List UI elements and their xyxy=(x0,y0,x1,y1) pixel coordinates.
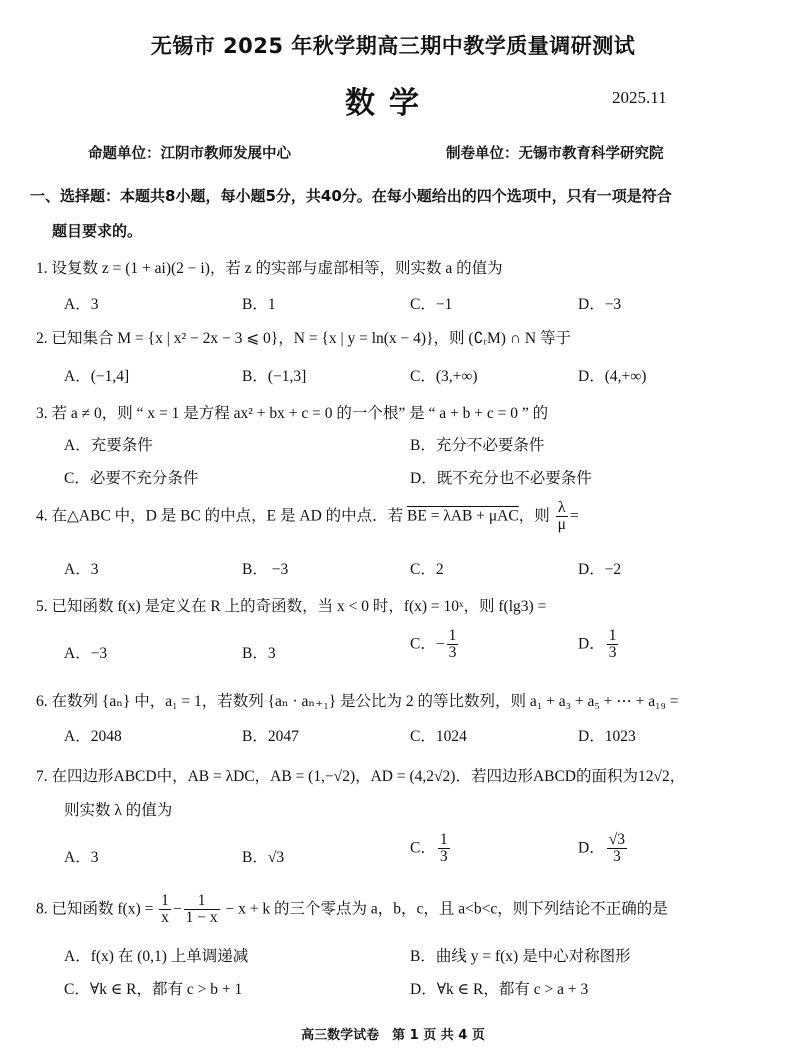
option-label: C． xyxy=(410,635,436,652)
question-stem: 已知集合 M = {x | x² − 2x − 3 ⩽ 0}，N = {x | … xyxy=(52,330,571,347)
q7-option-b[interactable]: B．√3 xyxy=(242,845,284,867)
setter-unit: 命题单位：江阴市教师发展中心 xyxy=(88,142,291,163)
numerator: √3 xyxy=(607,832,627,849)
question-stem-end: − x + k 的三个零点为 a，b，c，且 a<b<c，则下列结论不正确的是 xyxy=(225,900,667,917)
question-stem: 若 a ≠ 0，则 “ x = 1 是方程 ax² + bx + c = 0 的… xyxy=(52,405,549,422)
q8-option-d[interactable]: D．∀k ∈ R，都有 c > a + 3 xyxy=(410,977,588,999)
q4-option-a[interactable]: A．3 xyxy=(64,557,98,579)
option-label: D． xyxy=(578,635,605,652)
question-7: 7. 在四边形ABCD中，AB = λDC，AB = (1,−√2)，AD = … xyxy=(36,764,685,786)
question-5: 5. 已知函数 f(x) 是定义在 R 上的奇函数，当 x < 0 时，f(x)… xyxy=(36,594,546,616)
question-number: 6. xyxy=(36,693,48,710)
q6-option-b[interactable]: B．2047 xyxy=(242,724,299,746)
fraction: 13 xyxy=(438,832,450,866)
numerator: 1 xyxy=(184,893,220,910)
question-7-cont: 则实数 λ 的值为 xyxy=(64,798,172,820)
q5-option-b[interactable]: B．3 xyxy=(242,641,276,663)
option-label: C． xyxy=(410,839,436,856)
question-number: 3. xyxy=(36,405,48,422)
denominator: 1 − x xyxy=(184,910,220,926)
minus-sign: − xyxy=(436,635,445,652)
question-1: 1. 设复数 z = (1 + ai)(2 − i)，若 z 的实部与虚部相等，… xyxy=(36,256,503,278)
numerator: 1 xyxy=(607,628,619,645)
denominator: 3 xyxy=(607,645,619,661)
q8-option-b[interactable]: B．曲线 y = f(x) 是中心对称图形 xyxy=(410,944,631,966)
question-stem: 设复数 z = (1 + ai)(2 − i)，若 z 的实部与虚部相等，则实数… xyxy=(52,260,503,277)
vector-equation: BE = λAB + μAC xyxy=(407,507,519,524)
option-label: D． xyxy=(578,839,605,856)
question-number: 4. xyxy=(36,507,48,524)
question-number: 5. xyxy=(36,598,48,615)
q8-option-c[interactable]: C．∀k ∈ R，都有 c > b + 1 xyxy=(64,977,242,999)
q5-option-c[interactable]: C．−13 xyxy=(410,628,460,662)
question-number: 2. xyxy=(36,330,48,347)
question-stem-end: ，则 xyxy=(519,507,550,524)
q5-option-a[interactable]: A．−3 xyxy=(64,641,107,663)
q2-option-d[interactable]: D．(4,+∞) xyxy=(578,364,646,386)
exam-title: 无锡市 2025 年秋学期高三期中教学质量调研测试 xyxy=(0,30,786,60)
exam-date: 2025.11 xyxy=(612,88,667,108)
q3-option-d[interactable]: D．既不充分也不必要条件 xyxy=(410,466,592,488)
section-heading: 一、选择题：本题共8小题，每小题5分，共40分。在每小题给出的四个选项中，只有一… xyxy=(30,185,672,206)
denominator: μ xyxy=(556,517,568,533)
question-stem: 在四边形ABCD中，AB = λDC，AB = (1,−√2)，AD = (4,… xyxy=(52,768,686,785)
denominator: 3 xyxy=(447,645,459,661)
q1-option-b[interactable]: B．1 xyxy=(242,292,276,314)
q3-option-c[interactable]: C．必要不充分条件 xyxy=(64,466,198,488)
question-number: 7. xyxy=(36,768,48,785)
question-stem: 已知函数 f(x) = xyxy=(52,900,154,917)
page-footer: 高三数学试卷 第 1 页 共 4 页 xyxy=(0,1024,786,1043)
question-8: 8. 已知函数 f(x) = 1x−11 − x − x + k 的三个零点为 … xyxy=(36,893,668,927)
q2-option-b[interactable]: B．(−1,3] xyxy=(242,364,306,386)
q6-option-c[interactable]: C．1024 xyxy=(410,724,467,746)
question-2: 2. 已知集合 M = {x | x² − 2x − 3 ⩽ 0}，N = {x… xyxy=(36,326,571,348)
question-3: 3. 若 a ≠ 0，则 “ x = 1 是方程 ax² + bx + c = … xyxy=(36,401,548,423)
question-6: 6. 在数列 {aₙ} 中，a₁ = 1，若数列 {aₙ · aₙ₊₁} 是公比… xyxy=(36,689,679,711)
q3-option-b[interactable]: B．充分不必要条件 xyxy=(410,433,544,455)
q7-option-a[interactable]: A．3 xyxy=(64,845,98,867)
subject-title: 数学 xyxy=(345,78,433,122)
q2-option-c[interactable]: C．(3,+∞) xyxy=(410,364,478,386)
printer-unit: 制卷单位：无锡市教育科学研究院 xyxy=(446,142,664,163)
question-number: 8. xyxy=(36,900,48,917)
fraction: 13 xyxy=(447,628,459,662)
denominator: 3 xyxy=(438,849,450,865)
q4-option-c[interactable]: C．2 xyxy=(410,557,444,579)
q1-option-a[interactable]: A．3 xyxy=(64,292,98,314)
q6-option-d[interactable]: D．1023 xyxy=(578,724,636,746)
fraction-1-over-x: 1x xyxy=(159,893,171,927)
q1-option-c[interactable]: C．−1 xyxy=(410,292,452,314)
fraction: √33 xyxy=(607,832,627,866)
numerator: 1 xyxy=(159,893,171,910)
q8-option-a[interactable]: A．f(x) 在 (0,1) 上单调递减 xyxy=(64,944,248,966)
q1-option-d[interactable]: D．−3 xyxy=(578,292,621,314)
numerator: λ xyxy=(556,500,568,517)
numerator: 1 xyxy=(438,832,450,849)
question-4: 4. 在△ABC 中，D 是 BC 的中点，E 是 AD 的中点．若 BE = … xyxy=(36,500,579,534)
q4-option-d[interactable]: D．−2 xyxy=(578,557,621,579)
numerator: 1 xyxy=(447,628,459,645)
fraction-1-over-1-minus-x: 11 − x xyxy=(184,893,220,927)
denominator: 3 xyxy=(607,849,627,865)
question-stem: 在数列 {aₙ} 中，a₁ = 1，若数列 {aₙ · aₙ₊₁} 是公比为 2… xyxy=(52,693,679,710)
denominator: x xyxy=(159,910,171,926)
q5-option-d[interactable]: D．13 xyxy=(578,628,620,662)
fraction: 13 xyxy=(607,628,619,662)
q7-option-d[interactable]: D．√33 xyxy=(578,832,629,866)
fraction-lambda-mu: λμ xyxy=(556,500,568,534)
q6-option-a[interactable]: A．2048 xyxy=(64,724,122,746)
q7-option-c[interactable]: C．13 xyxy=(410,832,452,866)
question-stem: 已知函数 f(x) 是定义在 R 上的奇函数，当 x < 0 时，f(x) = … xyxy=(52,598,547,615)
q2-option-a[interactable]: A．(−1,4] xyxy=(64,364,129,386)
section-heading-cont: 题目要求的。 xyxy=(52,220,142,241)
q3-option-a[interactable]: A．充要条件 xyxy=(64,433,153,455)
equals-sign: = xyxy=(570,507,579,524)
minus-sign: − xyxy=(173,900,182,917)
q4-option-b[interactable]: B． −3 xyxy=(242,557,288,579)
question-number: 1. xyxy=(36,260,48,277)
question-stem: 在△ABC 中，D 是 BC 的中点，E 是 AD 的中点．若 xyxy=(52,507,408,524)
